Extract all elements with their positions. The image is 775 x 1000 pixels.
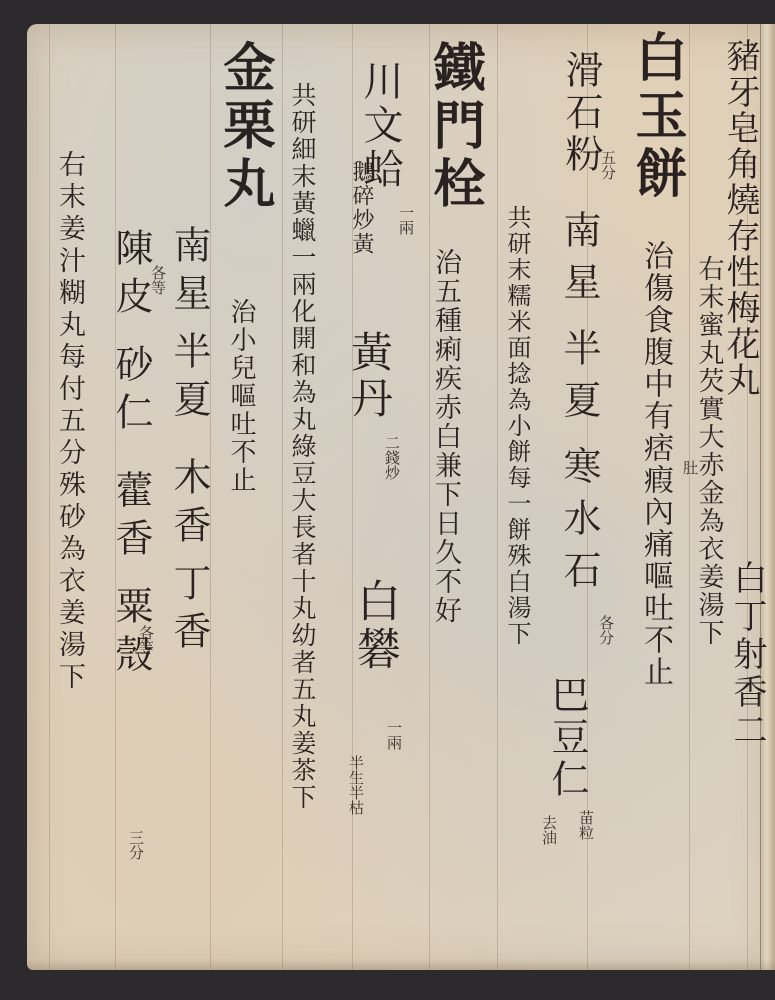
- ingredient: 半夏: [167, 331, 211, 427]
- preparation-text: 共研末糯米面捻為小餅每一餅殊白湯下: [503, 205, 531, 647]
- annotation: 一兩: [397, 205, 415, 235]
- annotation: 去油: [540, 815, 558, 845]
- preparation-text: 右末姜汁糊丸每付五分殊砂為衣姜湯下: [54, 150, 85, 694]
- ruled-line: [497, 24, 498, 970]
- column-1-trail-text: 白丁射香二: [727, 560, 767, 750]
- ingredient: 陳皮: [109, 228, 153, 324]
- title-text: 金栗丸: [214, 40, 275, 214]
- ruled-line: [49, 24, 50, 970]
- column-4-annotation: 五分: [600, 150, 615, 180]
- column-7-ingredient-b: 白礬: [352, 578, 396, 674]
- column-7-ingredient-a: 黃丹: [348, 330, 390, 422]
- column-9-indication: 治小兒嘔吐不止: [228, 298, 254, 494]
- ingredient: 半夏: [557, 328, 601, 432]
- column-6-indication: 治五種痢疾赤白兼下日久不好: [432, 248, 459, 625]
- column-4: 滑石粉: [562, 50, 600, 176]
- column-4-annotation-4: 苗粒: [578, 810, 593, 840]
- annotation: 五分: [599, 150, 617, 180]
- ingredient: 丁香: [167, 563, 211, 659]
- column-1-trail: 白丁射香二: [730, 560, 764, 750]
- page-shadow: [27, 960, 775, 970]
- column-4-annotation-3: 去油: [541, 815, 556, 845]
- column-11-annotation-3: 三分: [128, 830, 143, 860]
- recipe-title-jin-li-wan: 金栗丸: [218, 40, 270, 214]
- column-7-annotation: 一兩: [398, 205, 413, 235]
- column-4-ingredients-b: 巴豆仁: [548, 675, 586, 801]
- column-7-annotation-2: 二錢炒: [384, 435, 399, 480]
- annotation: 苗粒: [577, 810, 595, 840]
- annotation: 各分: [597, 615, 615, 645]
- annotation: 半生半枯: [347, 755, 365, 815]
- annotation: 二錢炒: [383, 435, 401, 480]
- column-11: 陳皮砂仁藿香粟殼: [112, 228, 150, 682]
- annotation: 三分: [127, 830, 145, 860]
- column-7-annotation-3: 一兩: [386, 720, 401, 750]
- column-11-annotation-2: 各等: [138, 625, 153, 655]
- page-edge: [760, 24, 775, 970]
- column-12: 右末姜汁糊丸每付五分殊砂為衣姜湯下: [56, 150, 83, 694]
- title-text: 白玉餅: [626, 30, 687, 204]
- ingredient: 木香: [167, 457, 211, 553]
- preparation-text: 共研細末黃蠟一兩化開和為丸綠豆大長者十丸幼者五丸姜茶下: [288, 82, 317, 811]
- column-7-note: 鵝碎炒黃: [350, 160, 372, 256]
- annotation: 各等: [149, 265, 167, 295]
- column-1-text: 豬牙皂角燒存性梅花丸: [720, 38, 760, 398]
- recipe-title-tie-men-shuan: 鐵門栓: [428, 40, 480, 214]
- indication-text: 治小兒嘔吐不止: [226, 298, 256, 494]
- preparation-text: 鵝碎炒黃: [349, 160, 374, 256]
- ingredient: 砂仁: [109, 344, 153, 440]
- ingredient: 寒水石: [557, 446, 601, 602]
- ingredient: 黃丹: [345, 330, 394, 422]
- ingredient: 藿香: [109, 470, 153, 566]
- ruled-line: [282, 24, 283, 970]
- annotation: 一兩: [385, 720, 403, 750]
- column-1: 豬牙皂角燒存性梅花丸: [723, 38, 757, 398]
- column-10: 南星半夏木香丁香: [170, 225, 208, 659]
- indication-text: 治五種痢疾赤白兼下日久不好: [430, 248, 461, 625]
- ingredient: 白礬: [349, 578, 400, 674]
- ingredient: 滑石粉: [559, 50, 603, 176]
- ingredient: 巴豆仁: [545, 675, 589, 801]
- title-text: 鐵門栓: [424, 40, 485, 214]
- column-4-ingredients-a: 南星半夏寒水石: [560, 210, 598, 602]
- indication-text: 治傷食腹中有痞瘕內痛嘔吐不止: [638, 240, 673, 688]
- ingredient: 南星: [167, 225, 211, 321]
- column-8: 共研細末黃蠟一兩化開和為丸綠豆大長者十丸幼者五丸姜茶下: [290, 82, 315, 811]
- column-11-annotation: 各等: [150, 265, 165, 295]
- column-7-annotation-4: 半生半枯: [348, 755, 363, 815]
- column-2: 右末蜜丸芡實大赤金為衣姜湯下: [696, 255, 722, 647]
- column-4-annotation-2: 各分: [598, 615, 613, 645]
- ingredient: 南星: [557, 210, 601, 314]
- column-2-text: 右末蜜丸芡實大赤金為衣姜湯下: [694, 255, 724, 647]
- annotation: 肚: [681, 460, 699, 475]
- ruled-line: [689, 24, 690, 970]
- column-3-annotation: 肚: [682, 460, 697, 475]
- column-3-indication: 治傷食腹中有痞瘕內痛嘔吐不止: [640, 240, 670, 688]
- annotation: 各等: [137, 625, 155, 655]
- column-5: 共研末糯米面捻為小餅每一餅殊白湯下: [505, 205, 529, 647]
- recipe-title-bai-yu-bing: 白玉餅: [630, 30, 682, 204]
